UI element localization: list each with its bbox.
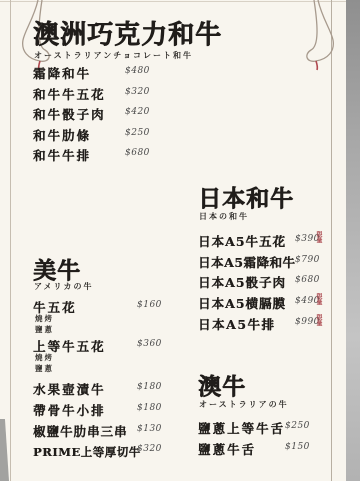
- menu-item-name: 和牛骰子肉: [33, 107, 106, 122]
- menu-item-name: 和牛牛排: [33, 148, 91, 163]
- menu-page: { "page": { "background": "#f8f5ee", "in…: [0, 0, 360, 481]
- section-aus-chocolate-wagyu: 澳洲巧克力和牛 オーストラリアンチョコレート和牛 霜降和牛 $480 和牛牛五花…: [33, 14, 213, 184]
- menu-item: 和牛肋條 $250: [33, 125, 213, 144]
- menu-item-option: 鹽蔥: [35, 324, 54, 335]
- menu-item-price: $480: [125, 66, 150, 76]
- menu-item: 和牛牛排 $680: [33, 145, 213, 164]
- menu-item-price: $320: [125, 87, 150, 97]
- menu-item: 日本A5牛五花 $390 限量: [198, 231, 348, 250]
- limited-tag: 限量: [315, 293, 322, 305]
- menu-item-name: 和牛牛五花: [33, 87, 106, 102]
- menu-item-option: 燒烤: [35, 352, 54, 363]
- menu-item-price: $180: [137, 403, 162, 413]
- menu-item: 日本A5骰子肉 $680: [198, 272, 348, 291]
- section-subtitle: オーストラリアの牛: [199, 399, 289, 410]
- section-japan-wagyu: 日本和牛 日本の和牛 日本A5牛五花 $390 限量 日本A5霜降和牛 $790…: [198, 180, 348, 350]
- menu-item: 日本A5横膈膜 $490 限量: [198, 293, 348, 312]
- menu-item: 鹽蔥上等牛舌 $250: [198, 418, 348, 437]
- section-aus-beef: 澳牛 オーストラリアの牛 鹽蔥上等牛舌 $250 鹽蔥牛舌 $150: [198, 368, 348, 468]
- menu-item: 霜降和牛 $480: [33, 63, 213, 82]
- menu-item-option: 燒烤: [35, 313, 54, 324]
- menu-item-name: 椒鹽牛肋串三串: [33, 424, 128, 439]
- menu-item-name: 和牛肋條: [33, 128, 91, 143]
- section-subtitle: オーストラリアンチョコレート和牛: [34, 50, 193, 61]
- menu-item-price: $180: [137, 382, 162, 392]
- menu-item: 日本A5霜降和牛 $790: [198, 252, 348, 271]
- limited-tag: 限量: [315, 231, 322, 243]
- section-us-beef: 美牛 アメリカの牛 牛五花 $160 燒烤 鹽蔥 上等牛五花 $360 燒烤 鹽…: [33, 252, 213, 467]
- limited-tag: 限量: [315, 314, 322, 326]
- page-border-left: [10, 0, 11, 481]
- menu-item-price: $250: [285, 421, 310, 431]
- menu-item-name: 鹽蔥上等牛舌: [198, 421, 285, 436]
- corner-flourish-icon: [300, 0, 344, 78]
- section-title: 澳洲巧克力和牛: [33, 14, 222, 51]
- menu-item: 上等牛五花 $360 燒烤 鹽蔥: [33, 336, 213, 355]
- menu-item-price: $680: [125, 148, 150, 158]
- menu-item-price: $360: [137, 339, 162, 349]
- menu-item-price: $160: [137, 300, 162, 310]
- menu-item-name: 鹽蔥牛舌: [198, 442, 256, 457]
- menu-item-price: $320: [137, 444, 162, 454]
- menu-item-name: 水果壺漬牛: [33, 382, 106, 397]
- menu-item-price: $790: [295, 255, 320, 265]
- menu-item: PRIME上等厚切牛 $320: [33, 441, 213, 460]
- section-title: 日本和牛: [198, 180, 294, 213]
- menu-item: 鹽蔥牛舌 $150: [198, 439, 348, 458]
- menu-item: 帶骨牛小排 $180: [33, 400, 213, 419]
- menu-item: 和牛骰子肉 $420: [33, 104, 213, 123]
- menu-item-price: $130: [137, 424, 162, 434]
- menu-item-option: 鹽蔥: [35, 363, 54, 374]
- menu-item-price: $150: [285, 442, 310, 452]
- menu-item-name: 霜降和牛: [33, 66, 91, 81]
- menu-item: 水果壺漬牛 $180: [33, 379, 213, 398]
- menu-item: 椒鹽牛肋串三串 $130: [33, 421, 213, 440]
- menu-item-name: 帶骨牛小排: [33, 403, 106, 418]
- menu-item: 和牛牛五花 $320: [33, 84, 213, 103]
- page-edge-shadow-bottom: [0, 419, 9, 481]
- section-title: 澳牛: [198, 368, 246, 401]
- menu-item-price: $250: [125, 128, 150, 138]
- menu-item-price: $420: [125, 107, 150, 117]
- page-edge-shadow: [346, 0, 360, 481]
- menu-item-name: PRIME上等厚切牛: [33, 445, 141, 459]
- menu-item: 日本A5牛排 $990 限量: [198, 314, 348, 333]
- section-subtitle: アメリカの牛: [34, 281, 93, 292]
- menu-item-price: $680: [295, 275, 320, 285]
- menu-item: 牛五花 $160 燒烤 鹽蔥: [33, 297, 213, 316]
- menu-item-name: 日本A5牛五花: [198, 234, 286, 249]
- section-subtitle: 日本の和牛: [199, 211, 249, 222]
